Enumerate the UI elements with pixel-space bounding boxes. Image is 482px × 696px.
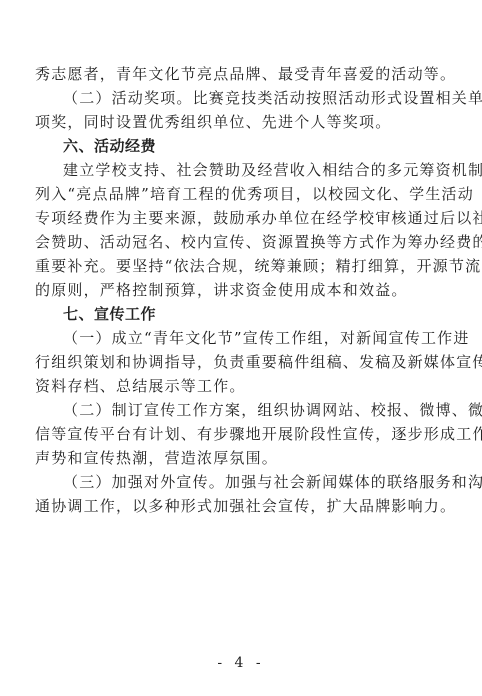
body-line: 会赞助、活动冠名、校内宣传、资源置换等方式作为筹办经费的: [35, 230, 447, 254]
body-line: 列入“亮点品牌”培育工程的优秀项目，以校园文化、学生活动: [35, 182, 447, 206]
body-line: 的原则，严格控制预算，讲求资金使用成本和效益。: [35, 278, 447, 302]
body-line: 通协调工作，以多种形式加强社会宣传，扩大品牌影响力。: [35, 494, 447, 518]
body-line: （三）加强对外宣传。加强与社会新闻媒体的联络服务和沟: [63, 470, 447, 494]
body-line: 声势和宣传热潮，营造浓厚氛围。: [35, 446, 447, 470]
body-line: 专项经费作为主要来源，鼓励承办单位在经学校审核通过后以社: [35, 206, 447, 230]
body-line: 信等宣传平台有计划、有步骤地开展阶段性宣传，逐步形成工作: [35, 422, 447, 446]
body-line: 资料存档、总结展示等工作。: [35, 374, 447, 398]
section-heading-publicity: 七、宣传工作: [63, 302, 447, 326]
document-page: 秀志愿者，青年文化节亮点品牌、最受青年喜爱的活动等。 （二）活动奖项。比赛竞技类…: [0, 0, 482, 696]
body-line: （一）成立“青年文化节”宣传工作组，对新闻宣传工作进: [63, 326, 447, 350]
body-line: 行组织策划和协调指导，负责重要稿件组稿、发稿及新媒体宣传、: [35, 350, 447, 374]
page-number: - 4 -: [0, 655, 482, 671]
body-line: 秀志愿者，青年文化节亮点品牌、最受青年喜爱的活动等。: [35, 62, 447, 86]
body-line: 项奖，同时设置优秀组织单位、先进个人等奖项。: [35, 110, 447, 134]
body-line: 建立学校支持、社会赞助及经营收入相结合的多元筹资机制，: [63, 158, 447, 182]
body-line: 重要补充。要坚持“依法合规，统筹兼顾；精打细算，开源节流”: [35, 254, 447, 278]
section-heading-funding: 六、活动经费: [63, 134, 447, 158]
body-line: （二）活动奖项。比赛竞技类活动按照活动形式设置相关单: [63, 86, 447, 110]
body-line: （二）制订宣传工作方案，组织协调网站、校报、微博、微: [63, 398, 447, 422]
